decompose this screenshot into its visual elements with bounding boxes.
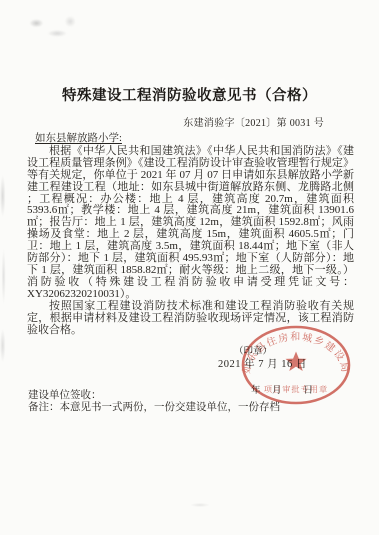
scan-artifact: [0, 150, 9, 380]
document-title: 特殊建设工程消防验收意见书（合格）: [0, 84, 379, 105]
official-red-seal: 如东县住房和城乡建设局 项目审批专用章: [240, 324, 352, 408]
body-paragraph-1: 根据《中华人民共和国建筑法》《中华人民共和国消防法》《建设工程质量管理条例》《建…: [27, 146, 354, 301]
document-page: 特殊建设工程消防验收意见书（合格） 东建消验字〔2021〕第 0031 号 如东…: [0, 0, 379, 535]
remark-line: 备注：本意见书一式两份，一份交建设单位，一份存档: [28, 399, 280, 414]
scan-artifact: [180, 498, 220, 512]
seal-inner-text: 项目审批专用章: [264, 384, 328, 394]
seal-stamp-icon: 如东县住房和城乡建设局 项目审批专用章: [240, 324, 352, 408]
seal-star-icon: [286, 352, 307, 372]
document-number: 东建消验字〔2021〕第 0031 号: [183, 114, 324, 129]
scan-artifact: [26, 13, 78, 47]
addressee: 如东县解放路小学:: [35, 133, 122, 145]
document-body: 如东县解放路小学: 根据《中华人民共和国建筑法》《中华人民共和国消防法》《建设工…: [27, 133, 354, 336]
